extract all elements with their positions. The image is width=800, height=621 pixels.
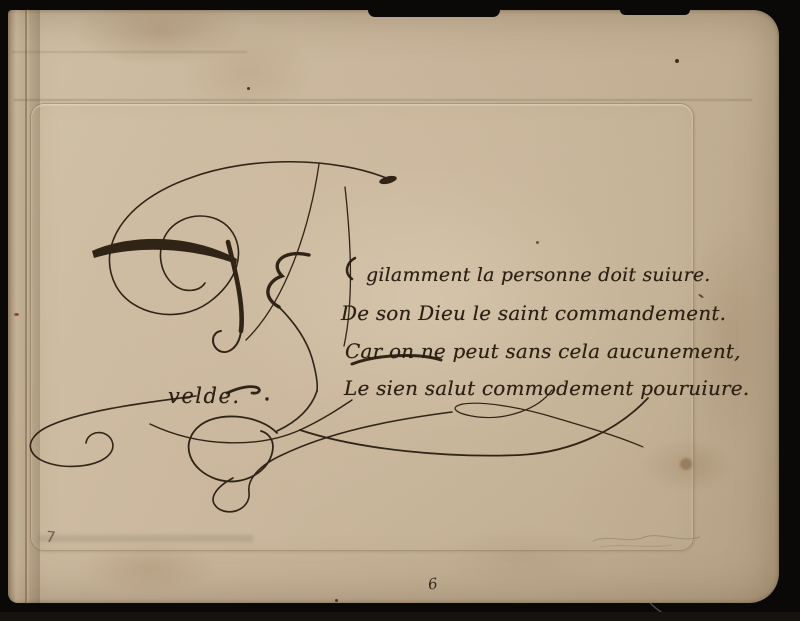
plate-number: 6 xyxy=(427,574,439,593)
foxing-speck xyxy=(247,87,250,90)
foxing-speck xyxy=(335,599,338,602)
foxing-speck xyxy=(536,241,539,244)
verse-line-3: Car on ne peut sans cela aucunement, xyxy=(345,339,741,363)
scanner-bed-edge xyxy=(0,612,800,621)
paper-crease xyxy=(14,99,752,101)
pencil-smudge xyxy=(38,535,253,542)
verse-line-1: gilamment la personne doit suiure. xyxy=(366,264,711,286)
foxing-speck xyxy=(675,59,679,63)
verse-line-2: De son Dieu le saint commandement. xyxy=(341,301,726,325)
scanned-book-spread: gilamment la personne doit suiure. De so… xyxy=(0,0,800,621)
foxing-speck xyxy=(14,313,19,316)
verse-line-4: Le sien salut commodement pouruiure. xyxy=(344,376,749,400)
paper-crease xyxy=(12,51,247,53)
book-page: gilamment la personne doit suiure. De so… xyxy=(8,10,779,603)
foxing-blotch xyxy=(680,458,692,470)
foxing-speck xyxy=(698,293,704,298)
calligrapher-signature: velde. xyxy=(168,384,241,408)
torn-edge-notch xyxy=(620,10,690,15)
torn-edge-notch xyxy=(368,10,500,17)
engraving-plate-mark xyxy=(30,103,694,551)
